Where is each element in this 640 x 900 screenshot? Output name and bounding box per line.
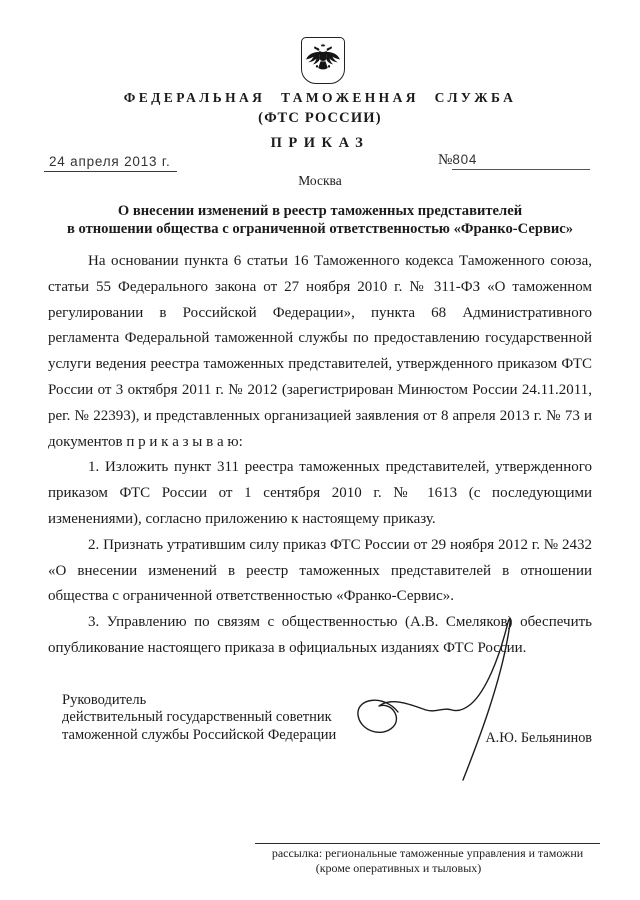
coat-of-arms-emblem xyxy=(301,37,345,84)
document-date: 24 апреля 2013 г. xyxy=(44,154,177,172)
order-item-3: 3. Управлению по связям с общественность… xyxy=(48,610,592,662)
document-title: О внесении изменений в реестр таможенных… xyxy=(30,203,610,238)
distribution-note: рассылка: региональные таможенные управл… xyxy=(255,843,600,875)
document-type-heading: ПРИКАЗ xyxy=(0,135,640,152)
double-headed-eagle-icon xyxy=(304,41,342,81)
distribution-note-line1: рассылка: региональные таможенные управл… xyxy=(255,846,600,861)
order-item-2: 2. Признать утратившим силу приказ ФТС Р… xyxy=(48,533,592,610)
document-body: На основании пункта 6 статьи 16 Таможенн… xyxy=(48,249,592,662)
document-number: №804 xyxy=(438,152,590,170)
signer-position-line1: Руководитель xyxy=(62,692,336,709)
signer-position: Руководитель действительный государствен… xyxy=(62,692,336,744)
signer-name: А.Ю. Бельянинов xyxy=(462,730,592,747)
document-city: Москва xyxy=(0,173,640,189)
number-sign: № xyxy=(438,152,452,168)
organization-name: ФЕДЕРАЛЬНАЯ ТАМОЖЕННАЯ СЛУЖБА xyxy=(0,90,640,106)
order-item-1: 1. Изложить пункт 311 реестра таможенных… xyxy=(48,455,592,532)
number-value: 804 xyxy=(452,152,590,170)
document-title-line2: в отношении общества с ограниченной отве… xyxy=(30,221,610,239)
document-title-line1: О внесении изменений в реестр таможенных… xyxy=(30,203,610,221)
order-document-page: ФЕДЕРАЛЬНАЯ ТАМОЖЕННАЯ СЛУЖБА (ФТС РОССИ… xyxy=(0,0,640,900)
signer-position-line2: действительный государственный советник xyxy=(62,709,336,726)
preamble-paragraph: На основании пункта 6 статьи 16 Таможенн… xyxy=(48,249,592,455)
signer-position-line3: таможенной службы Российской Федерации xyxy=(62,727,336,744)
organization-abbreviation: (ФТС РОССИИ) xyxy=(0,110,640,127)
distribution-note-line2: (кроме оперативных и тыловых) xyxy=(255,861,600,876)
